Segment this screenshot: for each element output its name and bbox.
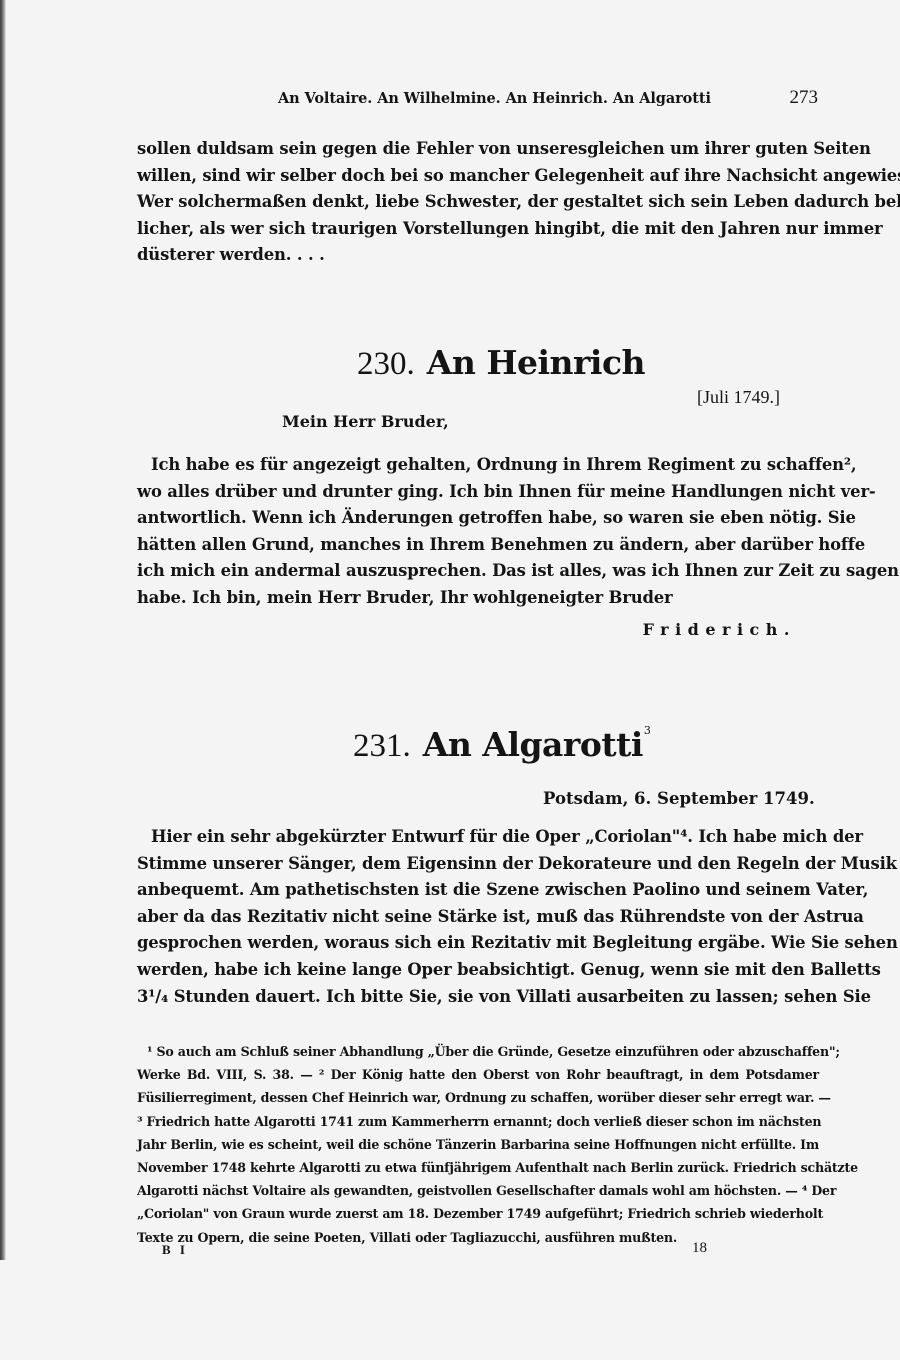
letter-230-date: [Juli 1749.] [697, 387, 780, 408]
text-line: anbequemt. Am pathetischsten ist die Sze… [137, 877, 819, 904]
footnote-line: ¹ So auch am Schluß seiner Abhandlung „Ü… [137, 1040, 819, 1063]
book-page: An Voltaire. An Wilhelmine. An Heinrich.… [0, 0, 900, 1360]
letter-title: An Algarotti [423, 725, 643, 764]
running-head: An Voltaire. An Wilhelmine. An Heinrich.… [278, 86, 818, 114]
text-line: werden, habe ich keine lange Oper beabsi… [137, 957, 819, 984]
sheet-number: 18 [692, 1240, 707, 1257]
letter-number: 231. [353, 728, 411, 764]
letter-title: An Heinrich [427, 343, 645, 382]
text-line: sollen duldsam sein gegen die Fehler von… [137, 136, 819, 163]
letter-231-body: Hier ein sehr abgekürzter Entwurf für di… [137, 824, 819, 1010]
page-number: 273 [790, 87, 819, 109]
text-line: licher, als wer sich traurigen Vorstellu… [137, 216, 819, 243]
text-line: habe. Ich bin, mein Herr Bruder, Ihr woh… [137, 585, 819, 612]
letter-230-signature: Friderich. [643, 620, 796, 639]
footnote-line: ³ Friedrich hatte Algarotti 1741 zum Kam… [137, 1110, 819, 1133]
text-line: Wer solchermaßen denkt, liebe Schwester,… [137, 189, 819, 216]
running-head-title: An Voltaire. An Wilhelmine. An Heinrich.… [278, 90, 711, 107]
printer-signature-mark: B I [162, 1242, 188, 1258]
letter-231-heading: 231.An Algarotti3 [353, 724, 651, 765]
footnotes: ¹ So auch am Schluß seiner Abhandlung „Ü… [137, 1040, 819, 1249]
text-line: wo alles drüber und drunter ging. Ich bi… [137, 479, 819, 506]
text-line: willen, sind wir selber doch bei so manc… [137, 163, 819, 190]
continuation-paragraph: sollen duldsam sein gegen die Fehler von… [137, 136, 819, 269]
text-line: aber da das Rezitativ nicht seine Stärke… [137, 904, 819, 931]
footnote-line: Jahr Berlin, wie es scheint, weil die sc… [137, 1133, 819, 1156]
footnote-ref: 3 [644, 724, 651, 737]
text-line: Stimme unserer Sänger, dem Eigensinn der… [137, 851, 819, 878]
letter-230-body: Ich habe es für angezeigt gehalten, Ordn… [137, 452, 819, 612]
footnote-line: Werke Bd. VIII, S. 38. — ² Der König hat… [137, 1063, 819, 1086]
text-line: hätten allen Grund, manches in Ihrem Ben… [137, 532, 819, 559]
footnote-line: Algarotti nächst Voltaire als gewandten,… [137, 1179, 819, 1202]
footnote-line: „Coriolan" von Graun wurde zuerst am 18.… [137, 1202, 819, 1225]
text-line: düsterer werden. . . . [137, 242, 819, 269]
letter-230-salutation: Mein Herr Bruder, [282, 412, 449, 431]
footnote-line: November 1748 kehrte Algarotti zu etwa f… [137, 1156, 819, 1179]
letter-231-date: Potsdam, 6. September 1749. [543, 789, 815, 808]
footnote-line: Texte zu Opern, die seine Poeten, Villat… [137, 1226, 819, 1249]
text-line: Hier ein sehr abgekürzter Entwurf für di… [137, 824, 819, 851]
text-line: 3¹/₄ Stunden dauert. Ich bitte Sie, sie … [137, 984, 819, 1011]
text-line: Ich habe es für angezeigt gehalten, Ordn… [137, 452, 819, 479]
text-line: ich mich ein andermal auszusprechen. Das… [137, 558, 819, 585]
text-line: antwortlich. Wenn ich Änderungen getroff… [137, 505, 819, 532]
letter-number: 230. [357, 346, 415, 382]
text-line: gesprochen werden, woraus sich ein Rezit… [137, 930, 819, 957]
footnote-line: Füsilierregiment, dessen Chef Heinrich w… [137, 1086, 819, 1109]
letter-230-heading: 230.An Heinrich [357, 343, 645, 383]
